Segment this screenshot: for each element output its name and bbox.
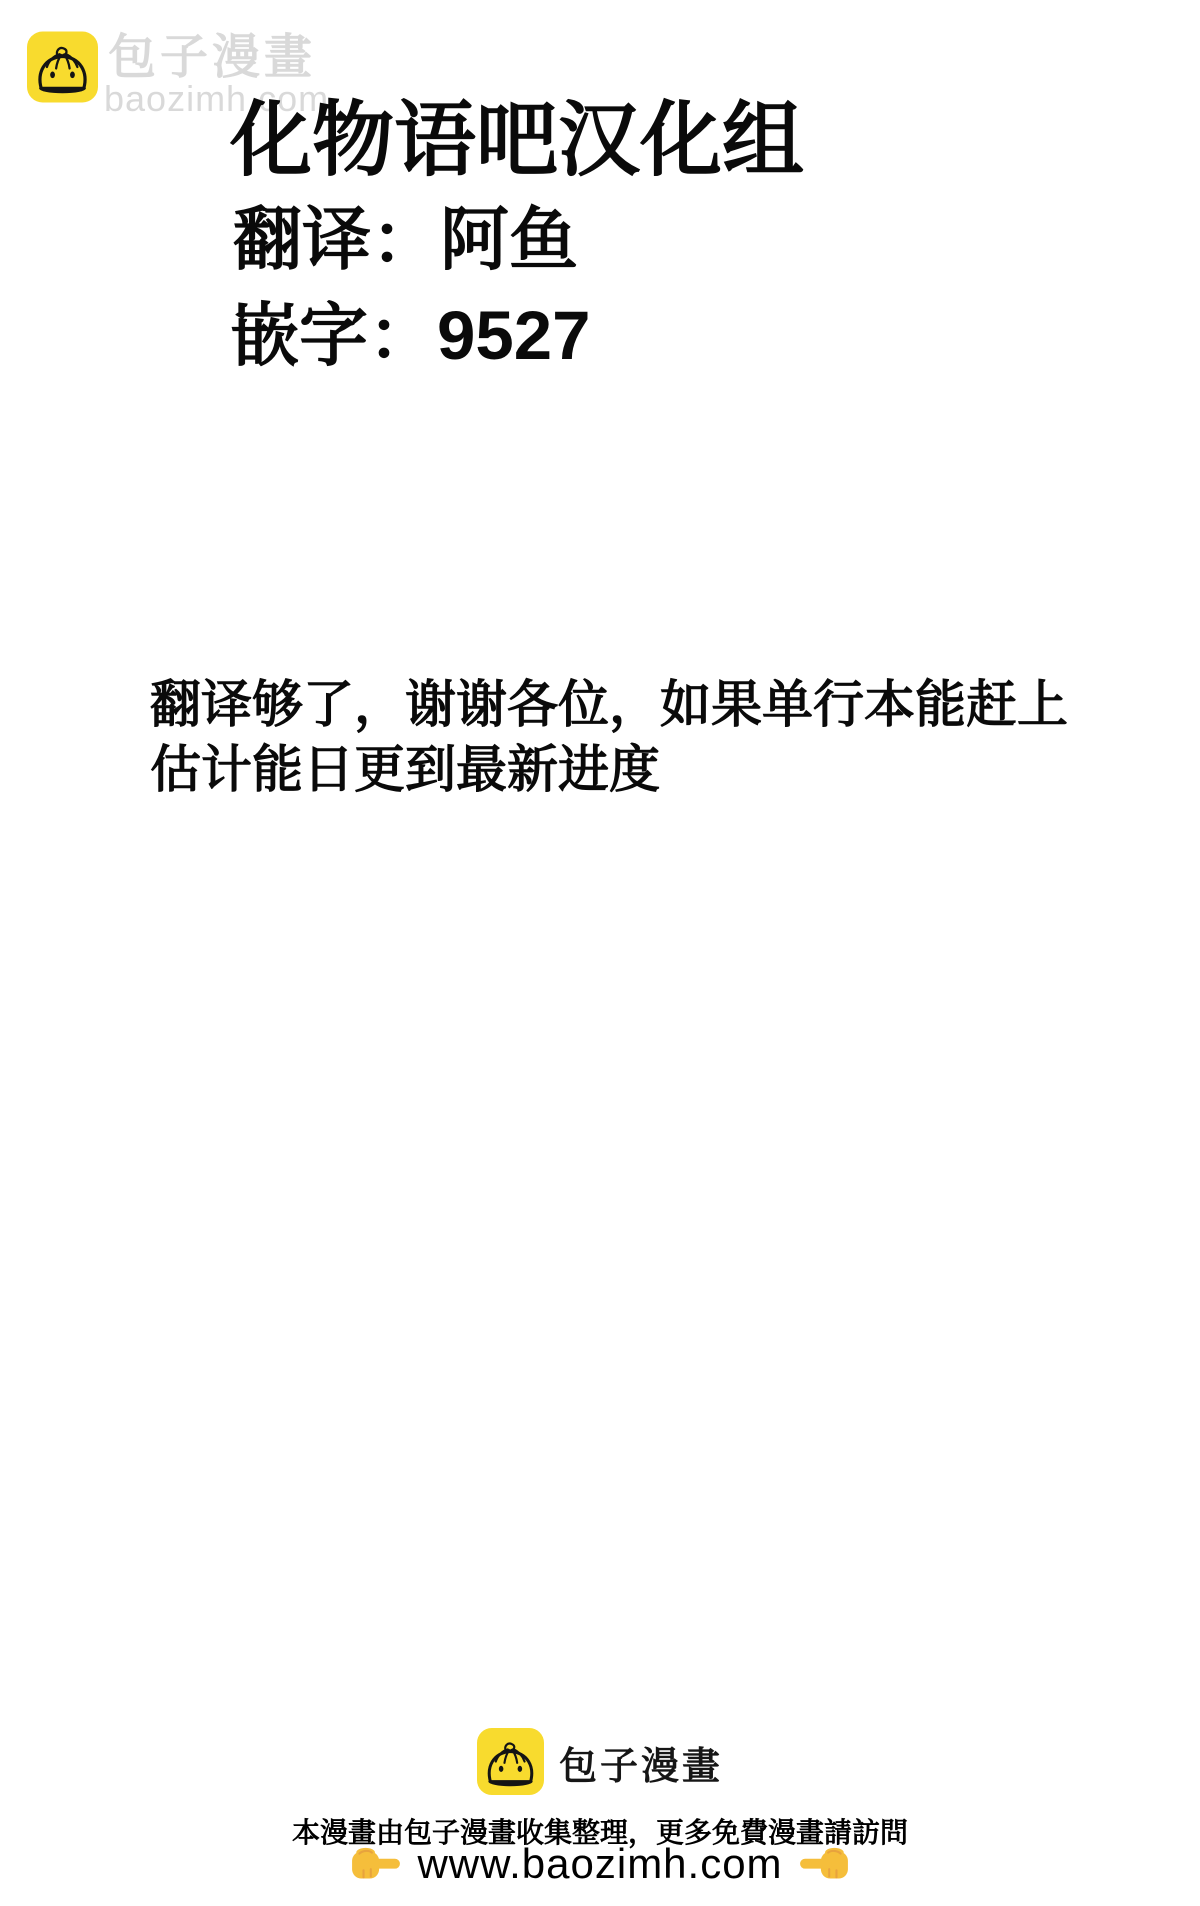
- pointing-right-hand-icon: [350, 1843, 402, 1885]
- scanlation-group-title: 化物语吧汉化组: [230, 98, 804, 184]
- baozi-logo-icon: [27, 31, 98, 103]
- manga-credits-page: 包子漫畫 baozimh.com 化物语吧汉化组 翻译：阿鱼 嵌字：9527 翻…: [0, 0, 1200, 1906]
- typesetter-credit: 嵌字：9527: [230, 300, 591, 372]
- pointing-left-hand-icon: [798, 1843, 850, 1885]
- footer-url-row: www.baozimh.com: [0, 1840, 1200, 1888]
- baozi-logo-icon: [477, 1728, 544, 1795]
- translator-credit: 翻译：阿鱼: [233, 204, 578, 276]
- translator-note-line2: 估计能日更到最新进度: [150, 737, 1130, 802]
- footer-brand: 包子漫畫: [0, 1728, 1200, 1795]
- watermark-site-name: 包子漫畫: [108, 33, 316, 83]
- translator-note-line1: 翻译够了，谢谢各位，如果单行本能赶上: [150, 672, 1130, 737]
- footer-brand-name: 包子漫畫: [559, 1733, 723, 1790]
- translator-note: 翻译够了，谢谢各位，如果单行本能赶上 估计能日更到最新进度: [150, 672, 1130, 802]
- site-url-link[interactable]: www.baozimh.com: [417, 1840, 782, 1888]
